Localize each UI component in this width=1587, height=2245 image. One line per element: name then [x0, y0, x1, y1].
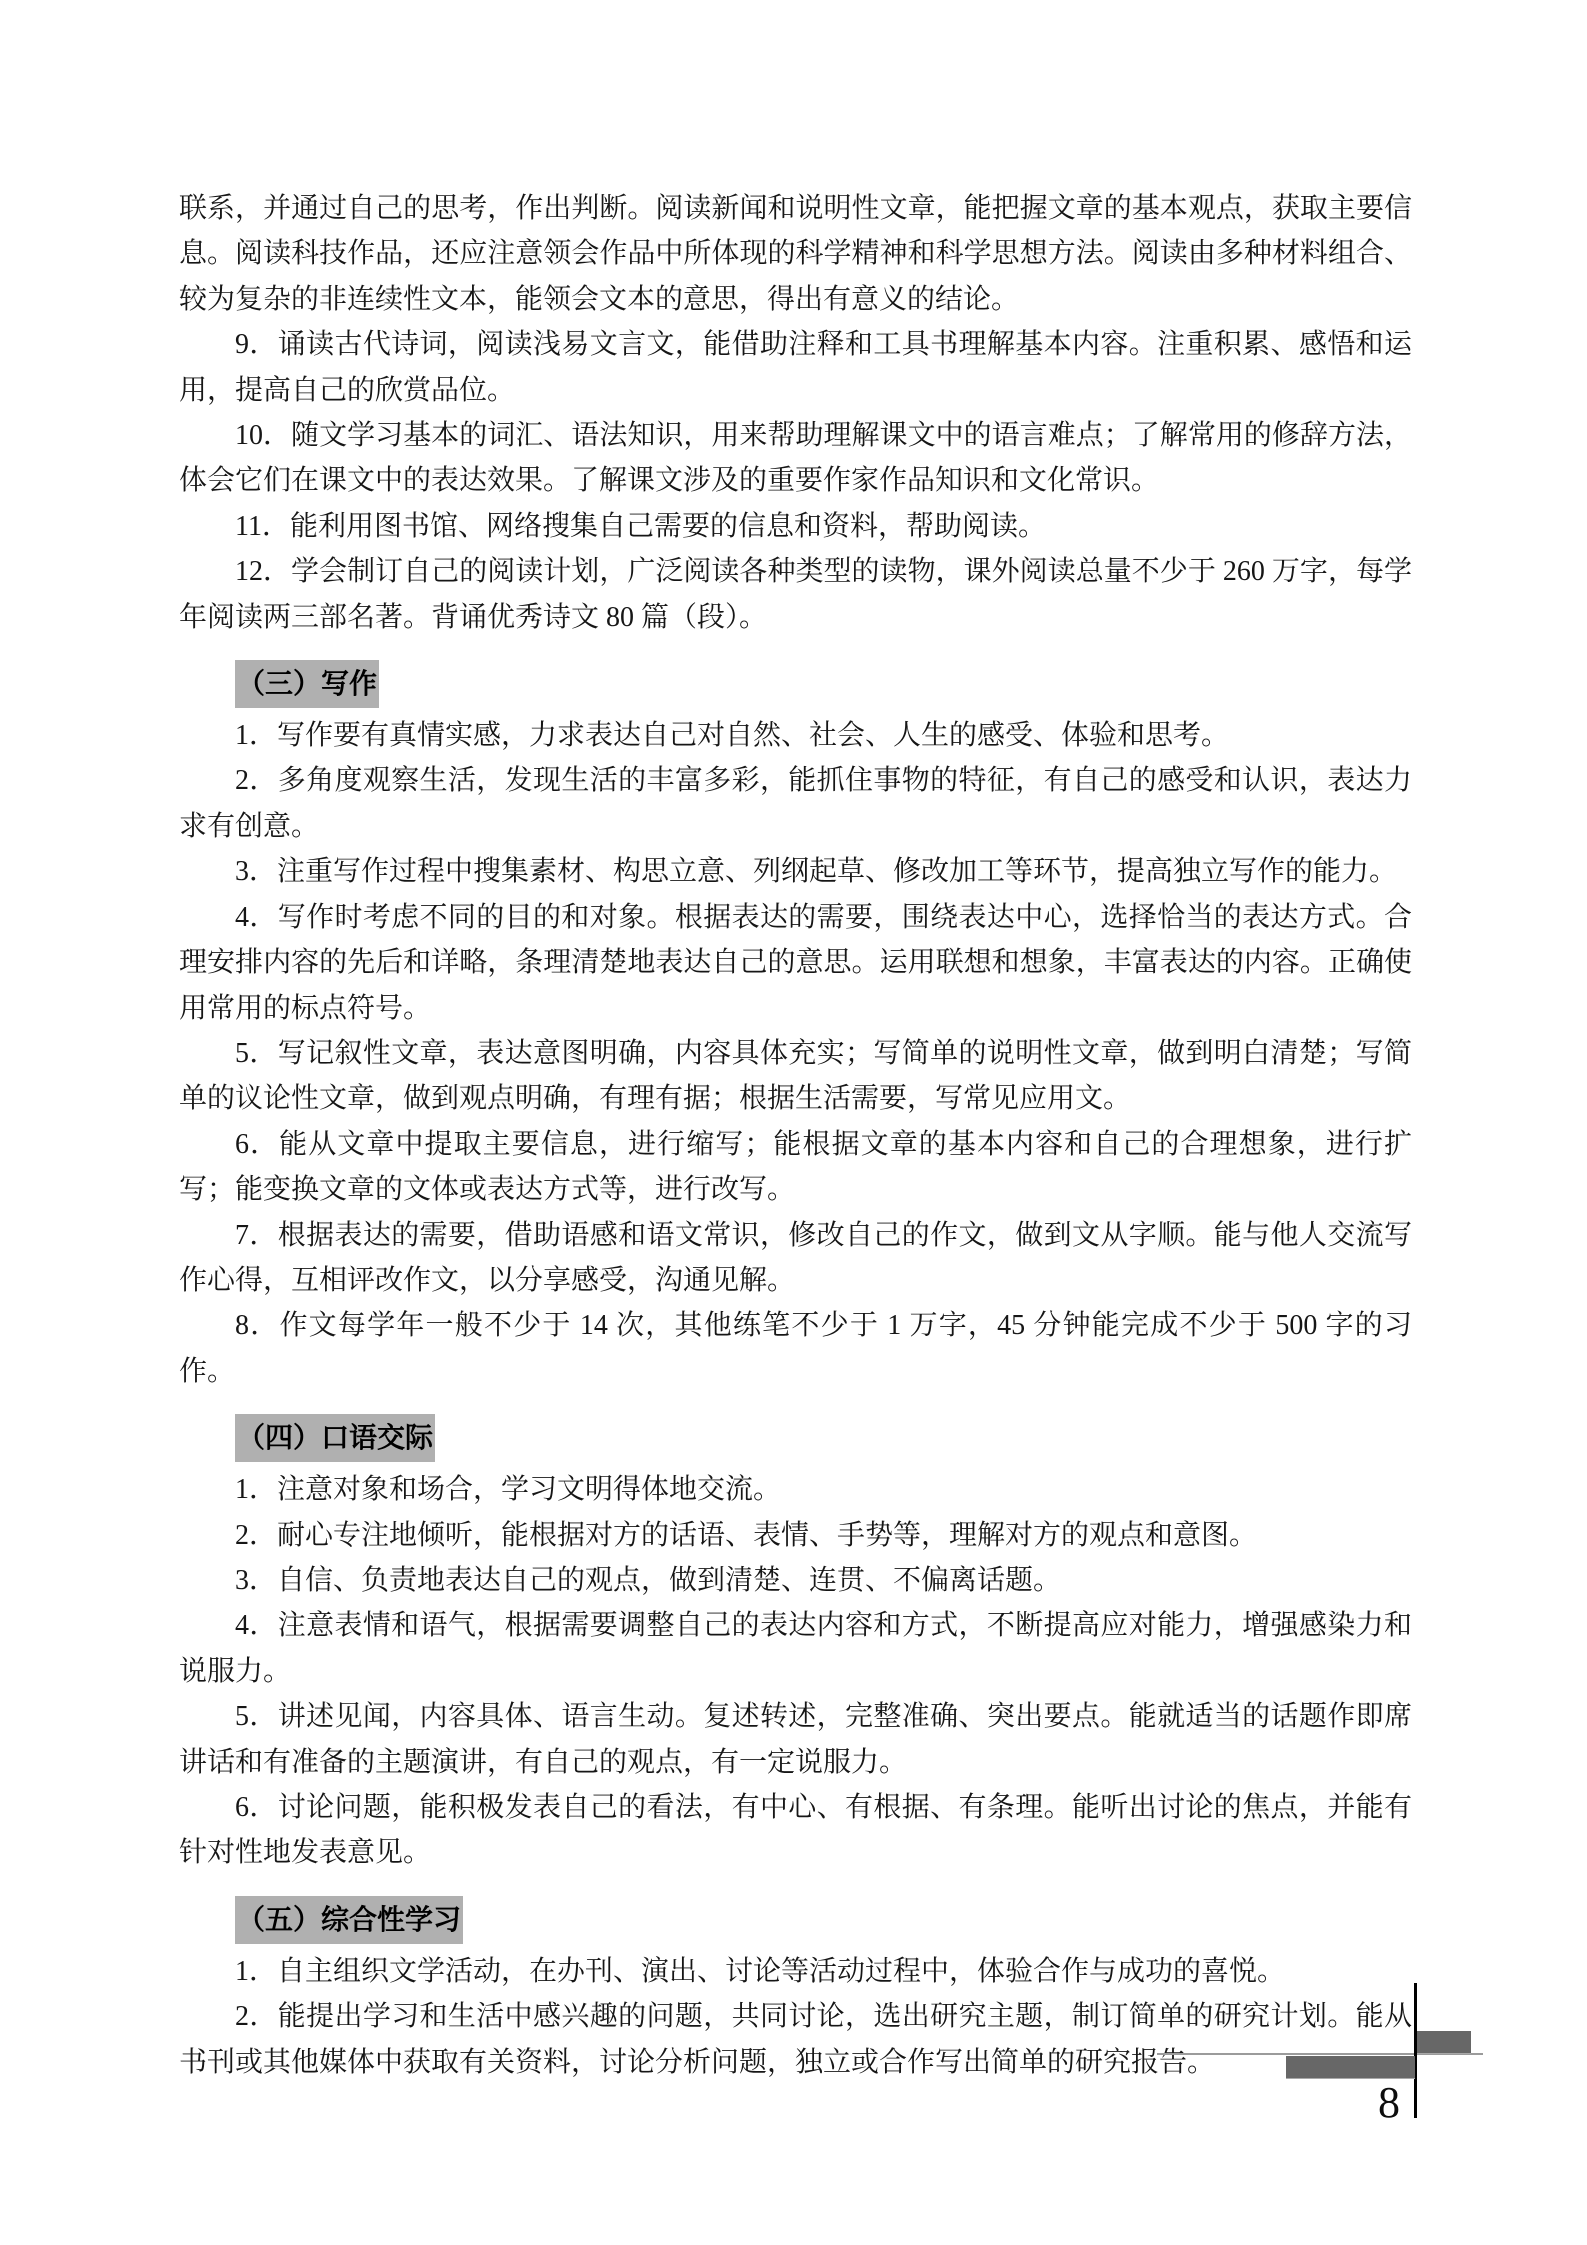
document-body: 联系，并通过自己的思考，作出判断。阅读新闻和说明性文章，能把握文章的基本观点，获…	[179, 186, 1412, 2085]
paragraph: 3．注重写作过程中搜集素材、构思立意、列纲起草、修改加工等环节，提高独立写作的能…	[179, 849, 1412, 894]
paragraph: 8．作文每学年一般不少于 14 次，其他练笔不少于 1 万字，45 分钟能完成不…	[179, 1303, 1412, 1394]
paragraph: 2．能提出学习和生活中感兴趣的问题，共同讨论，选出研究主题，制订简单的研究计划。…	[179, 1994, 1412, 2085]
page-number: 8	[1378, 2078, 1400, 2128]
paragraph: 4．写作时考虑不同的目的和对象。根据表达的需要，围绕表达中心，选择恰当的表达方式…	[179, 895, 1412, 1031]
paragraph: 2．耐心专注地倾听，能根据对方的话语、表情、手势等，理解对方的观点和意图。	[179, 1513, 1412, 1558]
document-page: 联系，并通过自己的思考，作出判断。阅读新闻和说明性文章，能把握文章的基本观点，获…	[0, 0, 1587, 2245]
section-heading: （三）写作	[235, 660, 379, 708]
paragraph: 联系，并通过自己的思考，作出判断。阅读新闻和说明性文章，能把握文章的基本观点，获…	[179, 186, 1412, 322]
paragraph: 3．自信、负责地表达自己的观点，做到清楚、连贯、不偏离话题。	[179, 1558, 1412, 1603]
paragraph: 12．学会制订自己的阅读计划，广泛阅读各种类型的读物，课外阅读总量不少于 260…	[179, 549, 1412, 640]
paragraph: 6．能从文章中提取主要信息，进行缩写；能根据文章的基本内容和自己的合理想象，进行…	[179, 1122, 1412, 1213]
footer-deco-block-right	[1417, 2031, 1471, 2054]
paragraph: 5．写记叙性文章，表达意图明确，内容具体充实；写简单的说明性文章，做到明白清楚；…	[179, 1031, 1412, 1122]
paragraph: 11．能利用图书馆、网络搜集自己需要的信息和资料，帮助阅读。	[179, 504, 1412, 549]
paragraph: 10．随文学习基本的词汇、语法知识，用来帮助理解课文中的语言难点；了解常用的修辞…	[179, 413, 1412, 504]
section-heading: （五）综合性学习	[235, 1896, 463, 1944]
paragraph: 9．诵读古代诗词，阅读浅易文言文，能借助注释和工具书理解基本内容。注重积累、感悟…	[179, 322, 1412, 413]
paragraph: 2．多角度观察生活，发现生活的丰富多彩，能抓住事物的特征，有自己的感受和认识，表…	[179, 758, 1412, 849]
paragraph: 1．自主组织文学活动，在办刊、演出、讨论等活动过程中，体验合作与成功的喜悦。	[179, 1949, 1412, 1994]
section-heading: （四）口语交际	[235, 1414, 435, 1462]
footer-deco-block-left	[1286, 2056, 1415, 2079]
paragraph: 5．讲述见闻，内容具体、语言生动。复述转述，完整准确、突出要点。能就适当的话题作…	[179, 1694, 1412, 1785]
paragraph: 4．注意表情和语气，根据需要调整自己的表达内容和方式，不断提高应对能力，增强感染…	[179, 1603, 1412, 1694]
paragraph: 1．写作要有真情实感，力求表达自己对自然、社会、人生的感受、体验和思考。	[179, 713, 1412, 758]
paragraph: 6．讨论问题，能积极发表自己的看法，有中心、有根据、有条理。能听出讨论的焦点，并…	[179, 1785, 1412, 1876]
paragraph: 7．根据表达的需要，借助语感和语文常识，修改自己的作文，做到文从字顺。能与他人交…	[179, 1213, 1412, 1304]
paragraph: 1．注意对象和场合，学习文明得体地交流。	[179, 1467, 1412, 1512]
